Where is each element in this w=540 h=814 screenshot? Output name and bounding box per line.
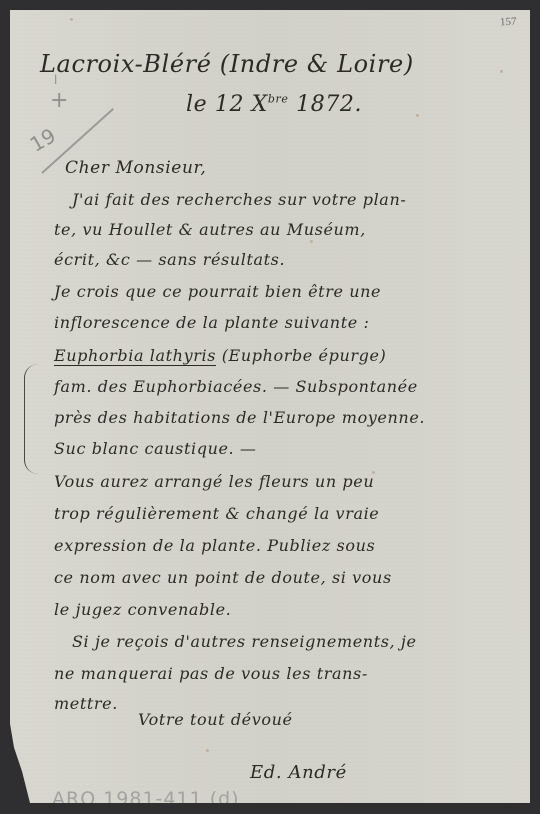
foxing-spot — [500, 70, 503, 73]
foxing-spot — [70, 18, 73, 21]
body-line-botanical: Euphorbia lathyris (Euphorbe épurge) — [54, 346, 386, 365]
body-line: Si je reçois d'autres renseignements, je — [72, 632, 417, 651]
margin-mark-plus: + — [50, 88, 68, 113]
date-prefix: le 12 X — [186, 92, 268, 117]
date-superscript: bre — [268, 93, 289, 106]
body-line: écrit, &c — sans résultats. — [54, 250, 285, 269]
body-line: ne manquerai pas de vous les trans- — [54, 664, 368, 683]
foxing-spot — [416, 114, 419, 117]
body-line: fam. des Euphorbiacées. — Subspontanée — [54, 377, 418, 396]
letter-page: 157 l + 19 Lacroix-Bléré (Indre & Loire)… — [10, 10, 530, 803]
foxing-spot — [372, 471, 375, 474]
letter-place: Lacroix-Bléré (Indre & Loire) — [40, 50, 414, 78]
foxing-spot — [310, 240, 313, 243]
foxing-spot — [206, 749, 209, 752]
body-line: te, vu Houllet & autres au Muséum, — [54, 220, 366, 239]
document-viewer: 157 l + 19 Lacroix-Bléré (Indre & Loire)… — [0, 0, 540, 814]
body-line: J'ai fait des recherches sur votre plan- — [72, 190, 406, 209]
closing: Votre tout dévoué — [138, 710, 293, 729]
body-line: près des habitations de l'Europe moyenne… — [54, 408, 425, 427]
curly-brace — [24, 364, 39, 474]
folio-number: 157 — [499, 16, 516, 29]
botanical-name: Euphorbia lathyris — [54, 346, 216, 365]
body-line: expression de la plante. Publiez sous — [54, 536, 375, 555]
body-line: ce nom avec un point de doute, si vous — [54, 568, 392, 587]
salutation: Cher Monsieur, — [65, 158, 206, 178]
body-line: inflorescence de la plante suivante : — [54, 313, 370, 332]
signature: Ed. André — [250, 762, 347, 783]
body-line: Vous aurez arrangé les fleurs un peu — [54, 472, 374, 491]
body-line: trop régulièrement & changé la vraie — [54, 504, 379, 523]
body-line: Je crois que ce pourrait bien être une — [54, 282, 381, 301]
body-line: Suc blanc caustique. — — [54, 439, 257, 458]
letter-date: le 12 Xbre 1872. — [186, 92, 362, 117]
body-line: le jugez convenable. — [54, 600, 231, 619]
date-year: 1872. — [289, 92, 363, 117]
margin-mark-number: 19 — [26, 123, 60, 157]
body-line: mettre. — [54, 694, 118, 713]
common-name: (Euphorbe épurge) — [216, 346, 386, 365]
archive-reference: ARO 1981-411 (d) — [52, 788, 240, 810]
